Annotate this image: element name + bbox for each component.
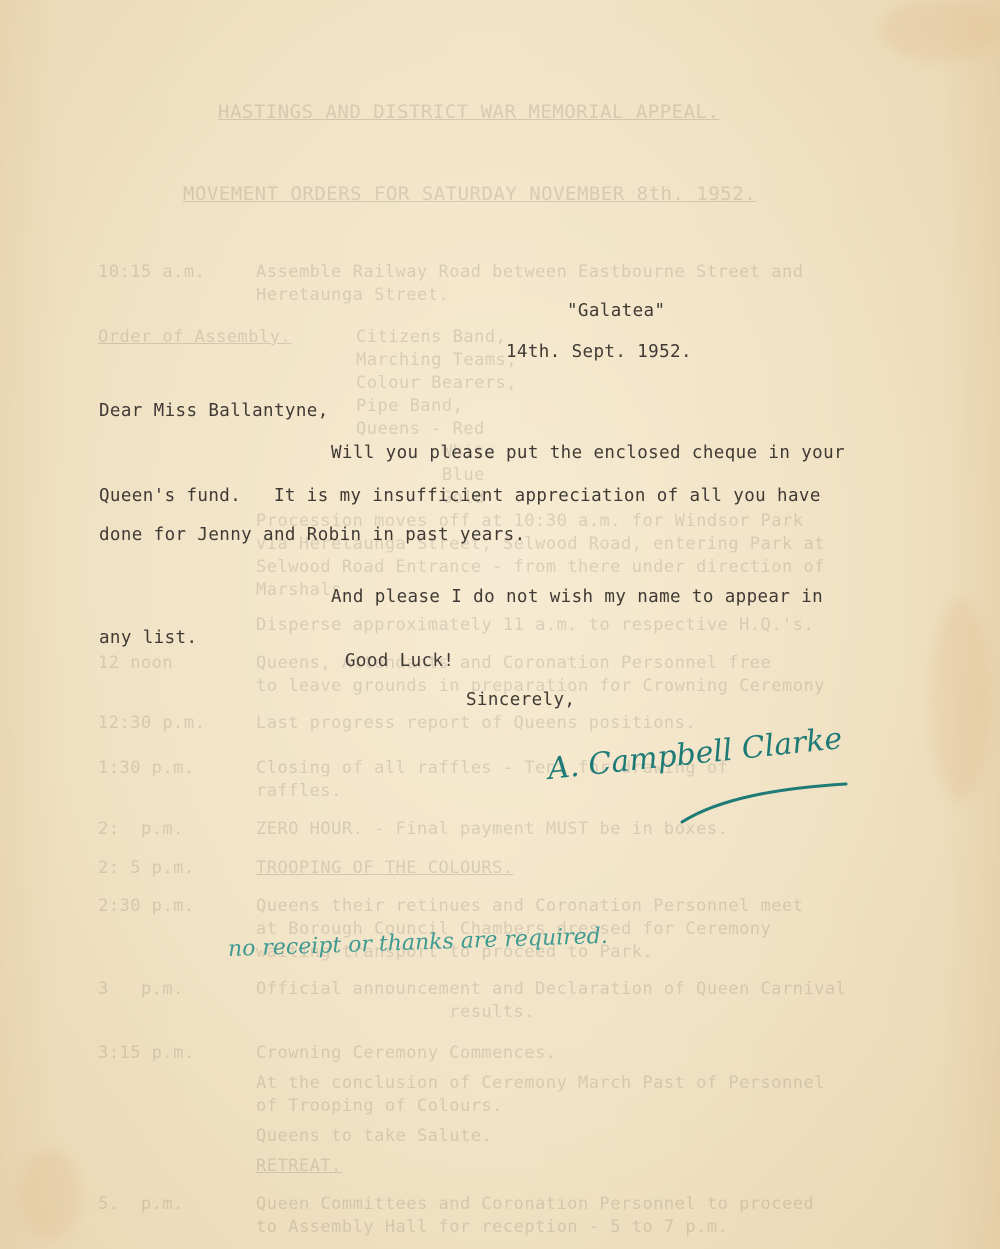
reverse-line: Disperse approximately 11 a.m. to respec… <box>256 614 814 636</box>
paper-stain <box>880 0 1000 60</box>
reverse-time: 5. p.m. <box>98 1193 184 1215</box>
reverse-time: 10:15 a.m. <box>98 261 205 283</box>
reverse-time: 12:30 p.m. <box>98 712 205 734</box>
paper-stain <box>930 600 990 800</box>
letter-closing-good-luck: Good Luck! <box>345 651 454 671</box>
letter-body-line: any list. <box>99 628 197 648</box>
reverse-line: Citizens Band, <box>356 326 506 348</box>
reverse-time: Order of Assembly. <box>98 326 291 348</box>
reverse-time: 3:15 p.m. <box>98 1042 195 1064</box>
reverse-line: Colour Bearers, <box>356 372 517 394</box>
reverse-line: ZERO HOUR. - Final payment MUST be in bo… <box>256 818 728 840</box>
reverse-line: Heretaunga Street. <box>256 284 449 306</box>
reverse-line: Selwood Road Entrance - from there under… <box>256 556 825 578</box>
letter-closing-sincerely: Sincerely, <box>466 690 575 710</box>
letter-address: "Galatea" <box>567 301 665 321</box>
signature-underline-flourish <box>680 778 850 828</box>
reverse-line: Assemble Railway Road between Eastbourne… <box>256 261 803 283</box>
reverse-line: Queens to take Salute. <box>256 1125 492 1147</box>
reverse-line: Pipe Band, <box>356 395 463 417</box>
letter-body-line: And please I do not wish my name to appe… <box>331 587 823 607</box>
reverse-line: Blue <box>356 464 485 486</box>
reverse-time: 1:30 p.m. <box>98 757 195 779</box>
reverse-time: 3 p.m. <box>98 978 184 1000</box>
reverse-line: raffles. <box>256 780 342 802</box>
reverse-line: Queens - Red <box>356 418 485 440</box>
paper-stain <box>20 1150 80 1240</box>
reverse-subtitle: MOVEMENT ORDERS FOR SATURDAY NOVEMBER 8t… <box>183 183 756 205</box>
reverse-line: TROOPING OF THE COLOURS. <box>256 857 514 879</box>
reverse-line: Queens, Attendants and Coronation Person… <box>256 652 771 674</box>
letter-salutation: Dear Miss Ballantyne, <box>99 401 329 421</box>
reverse-line: to Assembly Hall for reception - 5 to 7 … <box>256 1216 728 1238</box>
reverse-line: Marching Teams, <box>356 349 517 371</box>
reverse-line: Crowning Ceremony Commences. <box>256 1042 557 1064</box>
reverse-time: 2: 5 p.m. <box>98 857 195 879</box>
letter-body-line: Queen's fund. It is my insufficient appr… <box>99 486 821 506</box>
letter-body-line: done for Jenny and Robin in past years. <box>99 525 526 545</box>
reverse-line: Official announcement and Declaration of… <box>256 978 846 1000</box>
reverse-line: At the conclusion of Ceremony March Past… <box>256 1072 825 1094</box>
reverse-line: results. <box>256 1001 535 1023</box>
reverse-line: Last progress report of Queens positions… <box>256 712 696 734</box>
letter-body-line: Will you please put the enclosed cheque … <box>331 443 845 463</box>
reverse-line: RETREAT. <box>256 1155 342 1177</box>
reverse-line: of Trooping of Colours. <box>256 1095 503 1117</box>
reverse-time: 12 noon <box>98 652 173 674</box>
reverse-title: HASTINGS AND DISTRICT WAR MEMORIAL APPEA… <box>218 101 719 123</box>
reverse-time: 2:30 p.m. <box>98 895 195 917</box>
letter-date: 14th. Sept. 1952. <box>506 342 692 362</box>
reverse-line: Queen Committees and Coronation Personne… <box>256 1193 814 1215</box>
reverse-line: Queens their retinues and Coronation Per… <box>256 895 803 917</box>
reverse-time: 2: p.m. <box>98 818 184 840</box>
